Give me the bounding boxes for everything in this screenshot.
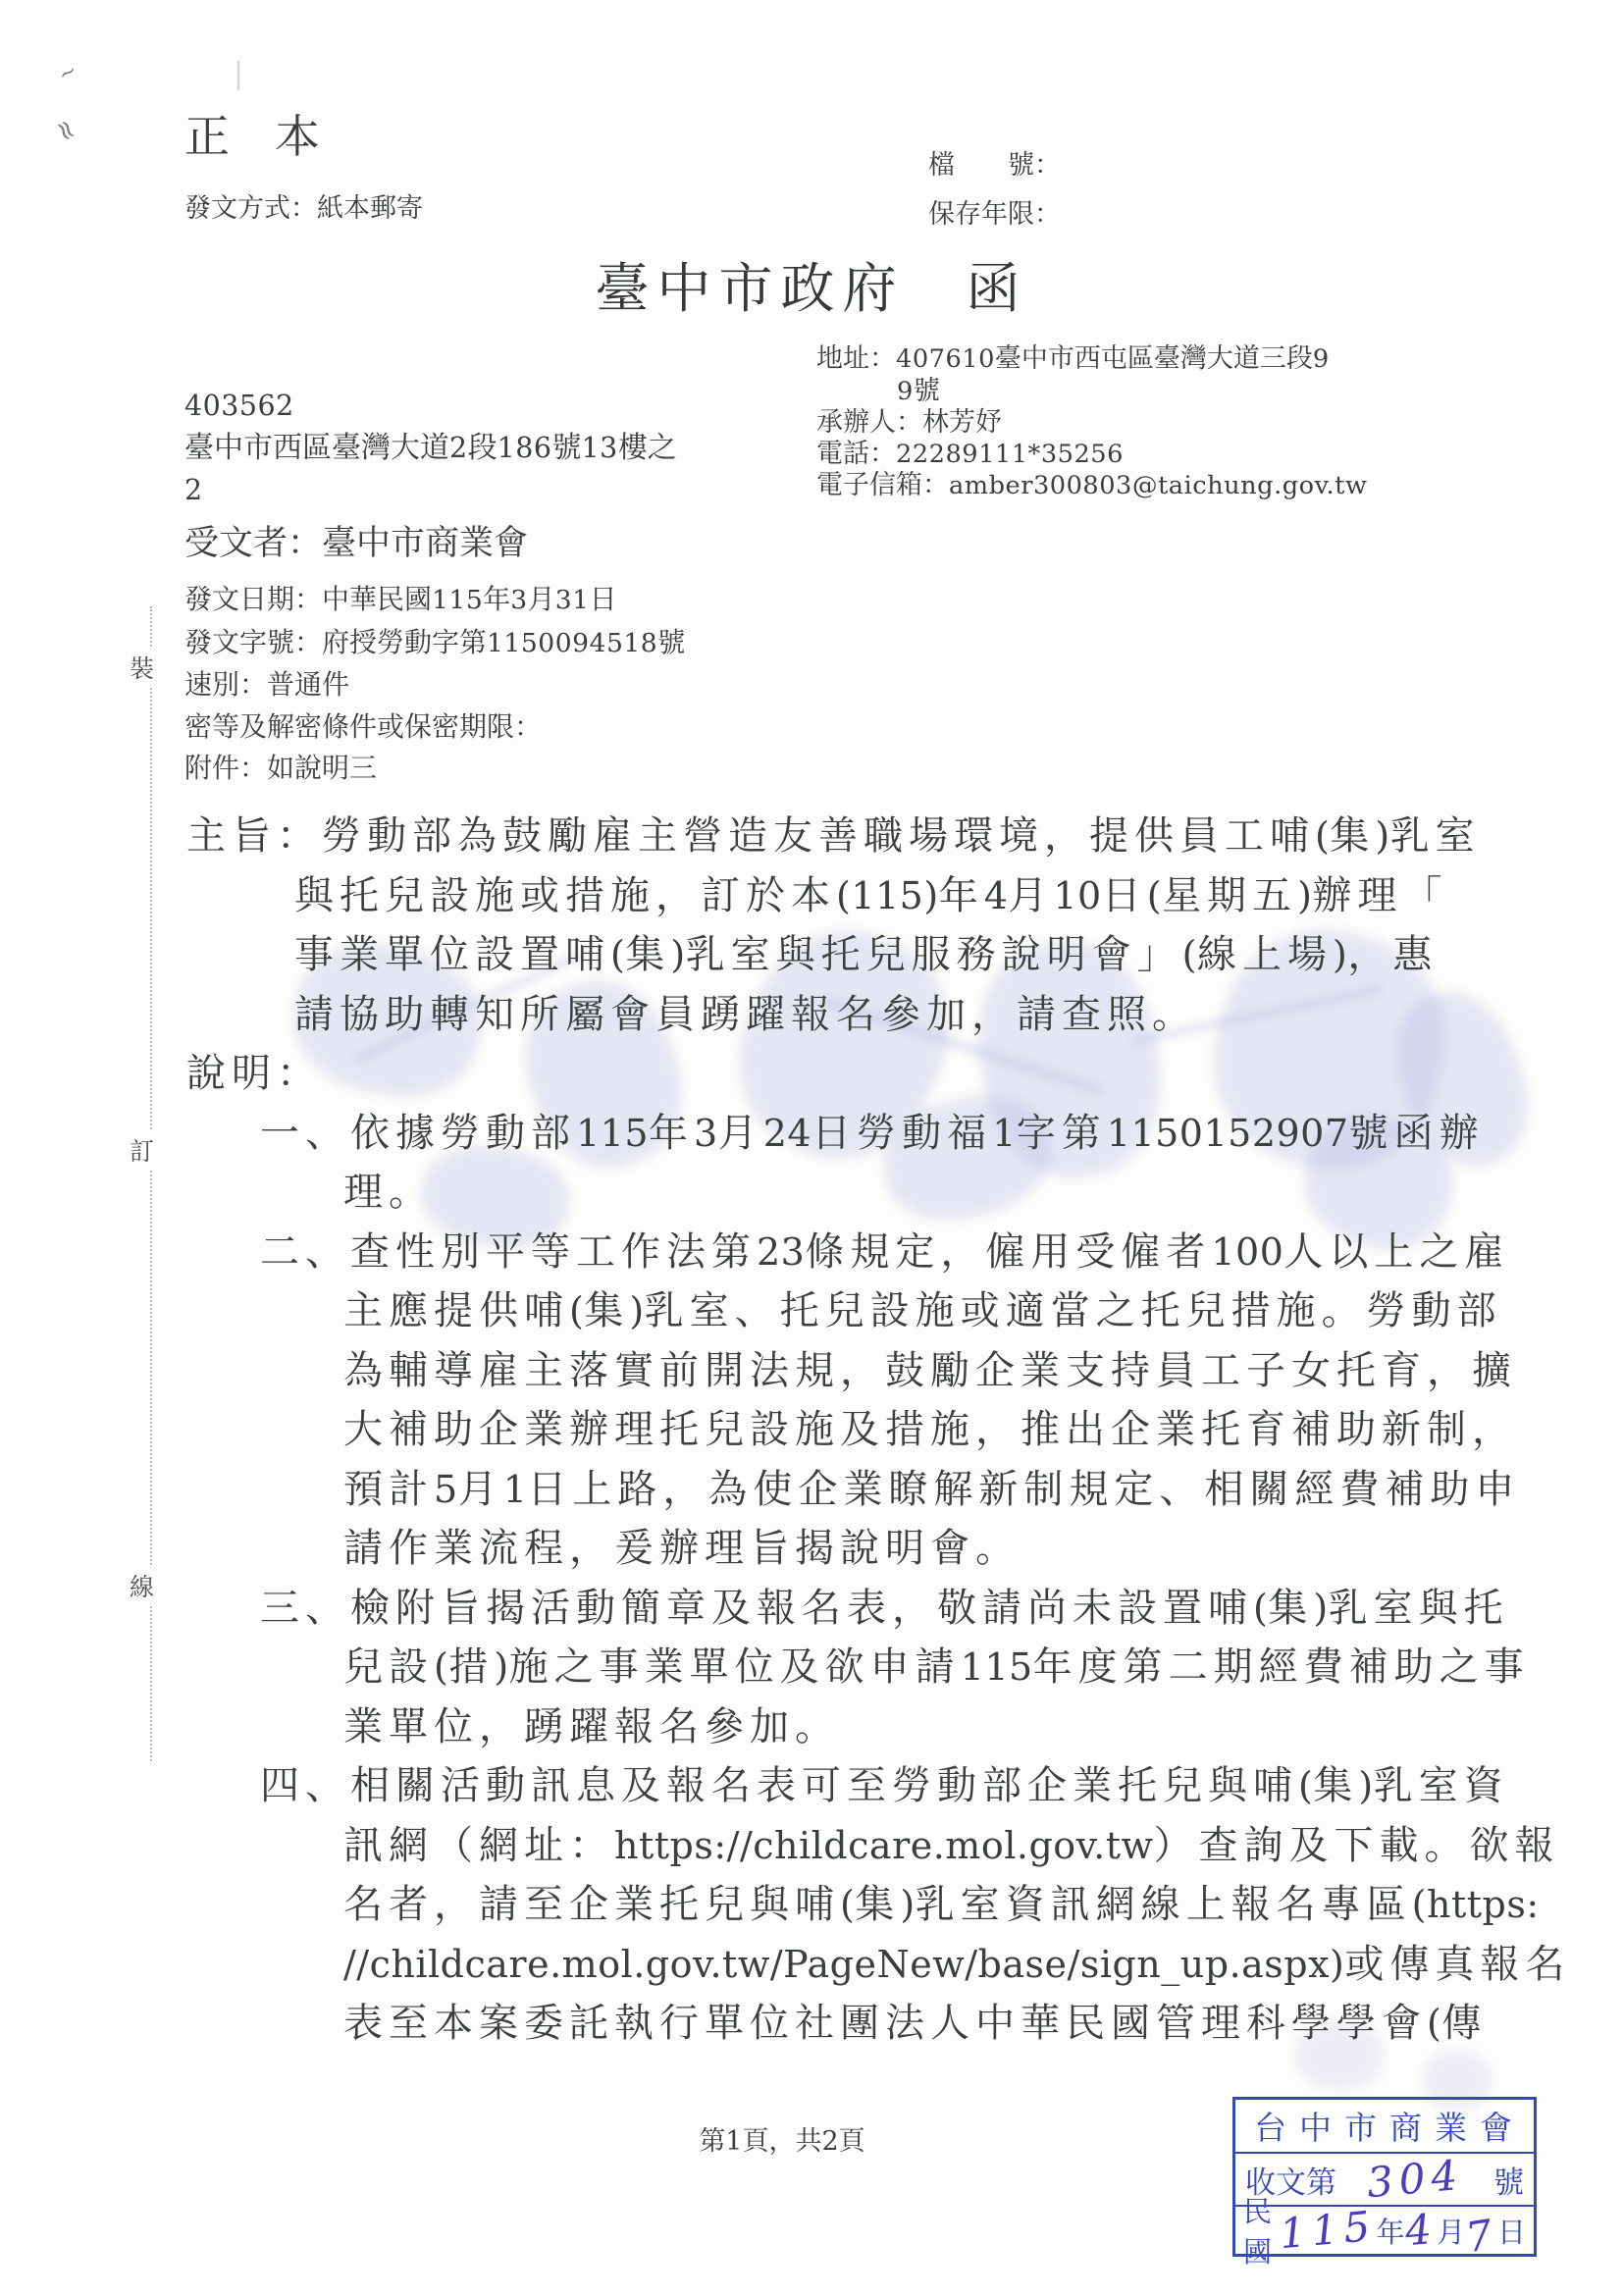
- stamp-receipt-number-row: 收文第 304 號: [1235, 2154, 1534, 2207]
- stamp-day-handwritten: 7: [1463, 2214, 1501, 2260]
- item-1-line: 一、依據勞動部115年3月24日勞動福1字第1150152907號函辦: [0, 1104, 1623, 1164]
- item-4-line: //childcare.mol.gov.tw/PageNew/base/sign…: [0, 1935, 1623, 1995]
- binding-mark-zhuang: 裝: [130, 648, 154, 687]
- item-2-line: 預計5月1日上路，為使企業瞭解新制規定、相關經費補助申: [0, 1460, 1623, 1520]
- item-2-line: 主應提供哺(集)乳室、托兒設施或適當之托兒措施。勞動部: [0, 1281, 1623, 1341]
- stamp-era: 民國: [1243, 2190, 1280, 2270]
- document-metadata: 發文日期：中華民國115年3月31日 發文字號：府授勞動字第1150094518…: [184, 579, 685, 790]
- stamp-organization: 台中市商業會: [1235, 2100, 1534, 2154]
- stamp-receipt-number-handwritten: 304: [1365, 2155, 1464, 2204]
- recipient-postal-code: 403562: [184, 385, 677, 427]
- item-3-line: 三、檢附旨揭活動簡章及報名表，敬請尚未設置哺(集)乳室與托: [0, 1579, 1623, 1639]
- stamp-day-unit: 日: [1497, 2211, 1526, 2251]
- attachment-note: 附件：如說明三: [184, 748, 685, 790]
- subject-line: 主旨：勞動部為鼓勵雇主營造友善職場環境，提供員工哺(集)乳室: [0, 807, 1623, 866]
- item-4-line: 訊網（網址：https://childcare.mol.gov.tw）查詢及下載…: [0, 1816, 1623, 1876]
- sender-phone: 電話：22289111*35256: [816, 439, 1367, 471]
- sender-contact-block: 地址：407610臺中市西屯區臺灣大道三段9 9號 承辦人：林芳妤 電話：222…: [816, 343, 1367, 502]
- delivery-method: 發文方式：紙本郵寄: [184, 186, 423, 225]
- sender-address-line: 地址：407610臺中市西屯區臺灣大道三段9: [816, 343, 1367, 376]
- stamp-date-row: 民國 115 年 4 月 7 日: [1235, 2207, 1534, 2254]
- item-4-line: 四、相關活動訊息及報名表可至勞動部企業托兒與哺(集)乳室資: [0, 1756, 1623, 1816]
- item-3-line: 兒設(措)施之事業單位及欲申請115年度第二期經費補助之事: [0, 1638, 1623, 1697]
- item-2-line: 請作業流程，爰辦理旨揭說明會。: [0, 1519, 1623, 1579]
- subject-line: 與托兒設施或措施，訂於本(115)年4月10日(星期五)辦理「: [0, 866, 1623, 926]
- sender-address-line2: 9號: [816, 376, 1367, 408]
- binding-mark-xian: 線: [130, 1566, 154, 1605]
- recipient-name: 受文者：臺中市商業會: [184, 516, 528, 565]
- recipient-address-line1: 臺中市西區臺灣大道2段186號13樓之: [184, 427, 677, 469]
- section-label: 說明：: [0, 1044, 1623, 1104]
- stamp-month-handwritten: 4: [1403, 2209, 1439, 2253]
- recipient-address-block: 403562 臺中市西區臺灣大道2段186號13樓之 2: [184, 385, 677, 511]
- letter-body: 主旨：勞動部為鼓勵雇主營造友善職場環境，提供員工哺(集)乳室 與托兒設施或措施，…: [0, 807, 1623, 2054]
- document-title: 臺中市政府 函: [0, 245, 1623, 323]
- retention-period-label: 保存年限：: [928, 192, 1061, 231]
- item-2-line: 大補助企業辦理托兒設施及措施，推出企業托育補助新制，: [0, 1400, 1623, 1460]
- sender-contact-person: 承辦人：林芳妤: [816, 407, 1367, 439]
- stamp-year-unit: 年: [1376, 2211, 1404, 2251]
- item-2-line: 二、查性別平等工作法第23條規定，僱用受僱者100人以上之雇: [0, 1223, 1623, 1282]
- pen-smudge: |: [234, 57, 243, 91]
- binding-mark-ding: 訂: [130, 1130, 154, 1170]
- item-3-line: 業單位，踴躍報名參加。: [0, 1697, 1623, 1757]
- pen-smudge: ~: [54, 58, 81, 88]
- stamp-receipt-suffix: 號: [1493, 2158, 1524, 2202]
- item-4-line: 名者，請至企業托兒與哺(集)乳室資訊網線上報名專區(https:: [0, 1875, 1623, 1935]
- received-stamp: 台中市商業會 收文第 304 號 民國 115 年 4 月 7 日: [1232, 2097, 1537, 2257]
- scanned-official-letter: ~ ≈ | 正 本 發文方式：紙本郵寄 檔 號： 保存年限： 臺中市政府 函 地…: [0, 0, 1623, 2296]
- security-class: 密等及解密條件或保密期限：: [184, 706, 685, 749]
- issue-date: 發文日期：中華民國115年3月31日: [184, 579, 685, 622]
- speed-class: 速別：普通件: [184, 664, 685, 706]
- recipient-address-line2: 2: [184, 469, 677, 511]
- stamp-month-unit: 月: [1437, 2211, 1465, 2251]
- issue-number: 發文字號：府授勞動字第1150094518號: [184, 622, 685, 665]
- sender-email: 電子信箱：amber300803@taichung.gov.tw: [816, 470, 1367, 502]
- subject-line: 事業單位設置哺(集)乳室與托兒服務說明會」(線上場)，惠: [0, 925, 1623, 985]
- stamp-year-handwritten: 115: [1279, 2206, 1378, 2255]
- item-1-line: 理。: [0, 1163, 1623, 1223]
- pen-smudge: ≈: [47, 112, 86, 148]
- file-number-label: 檔 號：: [928, 143, 1061, 182]
- subject-line: 請協助轉知所屬會員踴躍報名參加，請查照。: [0, 985, 1623, 1045]
- copy-type-label: 正 本: [184, 110, 320, 164]
- item-4-line: 表至本案委託執行單位社團法人中華民國管理科學學會(傳: [0, 1994, 1623, 2054]
- item-2-line: 為輔導雇主落實前開法規，鼓勵企業支持員工子女托育，擴: [0, 1341, 1623, 1401]
